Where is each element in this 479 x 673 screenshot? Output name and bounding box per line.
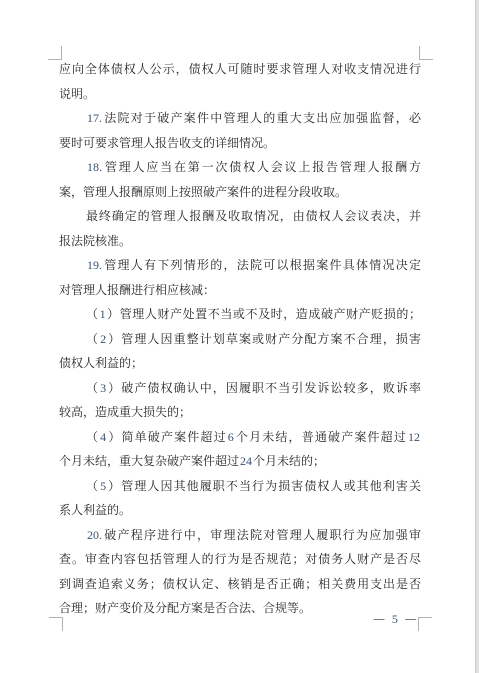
text-segment: 最终确定的管理人报酬及收取情况，由债权人会议表决，并 [86, 209, 421, 223]
text-line[interactable]: 19.管理人有下列情形的，法院可以根据案件具体情况决定 [59, 253, 421, 278]
text-segment: 说明。 [59, 87, 95, 101]
app-background-strip [475, 0, 479, 673]
text-segment: （ [86, 479, 99, 493]
document-page[interactable]: 应向全体债权人公示，债权人可随时要求管理人对收支情况进行说明。17.法院对于破产… [0, 0, 479, 673]
text-segment: ）管理人因重整计划草案或财产分配方案不合理，损害 [107, 332, 421, 346]
text-segment: 管理人应当在第一次债权人会议上报告管理人报酬方 [103, 160, 421, 174]
number-segment: 17. [86, 111, 103, 125]
text-segment: 管理人有下列情形的，法院可以根据案件具体情况决定 [103, 258, 421, 272]
text-segment: （ [86, 381, 99, 395]
number-segment: 24 [239, 454, 253, 468]
number-segment: 4 [99, 430, 107, 444]
number-segment: 5 [391, 612, 400, 626]
text-line[interactable]: （3）破产债权确认中，因履职不当引发诉讼较多，败诉率 [59, 376, 421, 401]
text-line[interactable]: （2）管理人因重整计划草案或财产分配方案不合理，损害 [59, 327, 421, 352]
text-segment: 债权人利益的； [59, 356, 143, 370]
text-line[interactable]: 应向全体债权人公示，债权人可随时要求管理人对收支情况进行 [59, 57, 421, 82]
text-line[interactable]: 到调查追索义务；债权认定、核销是否正确；相关费用支出是否 [59, 572, 421, 597]
text-segment: 法院对于破产案件中管理人的重大支出应加强监督，必 [103, 111, 421, 125]
text-segment: （ [86, 332, 99, 346]
text-block[interactable]: 应向全体债权人公示，债权人可随时要求管理人对收支情况进行说明。17.法院对于破产… [59, 57, 421, 621]
text-segment: 个月未结，普通破产案件超过 [235, 430, 407, 444]
text-segment: ）管理人因其他履职不当行为损害债权人或其他利害关 [107, 479, 421, 493]
number-segment: 18. [86, 160, 103, 174]
number-segment: 2 [99, 332, 107, 346]
text-line[interactable]: 最终确定的管理人报酬及收取情况，由债权人会议表决，并 [59, 204, 421, 229]
text-line[interactable]: 18.管理人应当在第一次债权人会议上报告管理人报酬方 [59, 155, 421, 180]
text-segment: — [373, 612, 391, 626]
text-segment: ）破产债权确认中，因履职不当引发诉讼较多，败诉率 [107, 381, 421, 395]
text-segment: 到调查追索义务；债权认定、核销是否正确；相关费用支出是否 [59, 577, 421, 591]
text-segment: ）简单破产案件超过 [107, 430, 227, 444]
text-line[interactable]: 要时可要求管理人报告收支的详细情况。 [59, 131, 421, 156]
text-segment: 要时可要求管理人报告收支的详细情况。 [59, 136, 275, 150]
text-segment: 系人利益的。 [59, 503, 131, 517]
text-line[interactable]: 较高，造成重大损失的； [59, 400, 421, 425]
text-segment: — [400, 612, 418, 626]
text-segment: 合理；财产变价及分配方案是否合法、合规等。 [59, 601, 311, 615]
number-segment: 3 [99, 381, 107, 395]
text-line[interactable]: 案，管理人报酬原则上按照破产案件的进程分段收取。 [59, 180, 421, 205]
text-segment: 案，管理人报酬原则上按照破产案件的进程分段收取。 [59, 185, 347, 199]
text-segment: 破产程序进行中，审理法院对管理人履职行为应加强审 [103, 528, 421, 542]
number-segment: 6 [227, 430, 235, 444]
text-line[interactable]: 合理；财产变价及分配方案是否合法、合规等。 [59, 596, 421, 621]
number-segment: 1 [99, 307, 107, 321]
text-line[interactable]: 17.法院对于破产案件中管理人的重大支出应加强监督，必 [59, 106, 421, 131]
text-segment: 查。审查内容包括管理人的行为是否规范；对债务人财产是否尽 [59, 552, 421, 566]
text-line[interactable]: 个月未结，重大复杂破产案件超过24个月未结的； [59, 449, 421, 474]
text-line[interactable]: 20.破产程序进行中，审理法院对管理人履职行为应加强审 [59, 523, 421, 548]
number-segment: 19. [86, 258, 103, 272]
text-segment: 较高，造成重大损失的； [59, 405, 191, 419]
number-segment: 20. [86, 528, 103, 542]
text-segment: 报法院核准。 [59, 234, 131, 248]
text-line[interactable]: 查。审查内容包括管理人的行为是否规范；对债务人财产是否尽 [59, 547, 421, 572]
text-line[interactable]: （4）简单破产案件超过6个月未结，普通破产案件超过12 [59, 425, 421, 450]
page-number: — 5 — [373, 611, 421, 627]
text-segment: 个月未结的； [253, 454, 325, 468]
text-line[interactable]: 债权人利益的； [59, 351, 421, 376]
text-line[interactable]: 报法院核准。 [59, 229, 421, 254]
number-segment: 12 [407, 430, 421, 444]
text-line[interactable]: 系人利益的。 [59, 498, 421, 523]
text-segment: 对管理人报酬进行相应核减： [59, 283, 215, 297]
text-line[interactable]: （1）管理人财产处置不当或不及时，造成破产财产贬损的； [59, 302, 421, 327]
text-segment: ）管理人财产处置不当或不及时，造成破产财产贬损的； [107, 307, 421, 321]
text-segment: （ [86, 430, 99, 444]
text-line[interactable]: （5）管理人因其他履职不当行为损害债权人或其他利害关 [59, 474, 421, 499]
text-segment: 个月未结，重大复杂破产案件超过 [59, 454, 239, 468]
text-segment: （ [86, 307, 99, 321]
text-line[interactable]: 对管理人报酬进行相应核减： [59, 278, 421, 303]
text-segment: 应向全体债权人公示，债权人可随时要求管理人对收支情况进行 [59, 62, 421, 76]
number-segment: 5 [99, 479, 107, 493]
text-line[interactable]: 说明。 [59, 82, 421, 107]
crop-mark-top-right [419, 46, 433, 60]
